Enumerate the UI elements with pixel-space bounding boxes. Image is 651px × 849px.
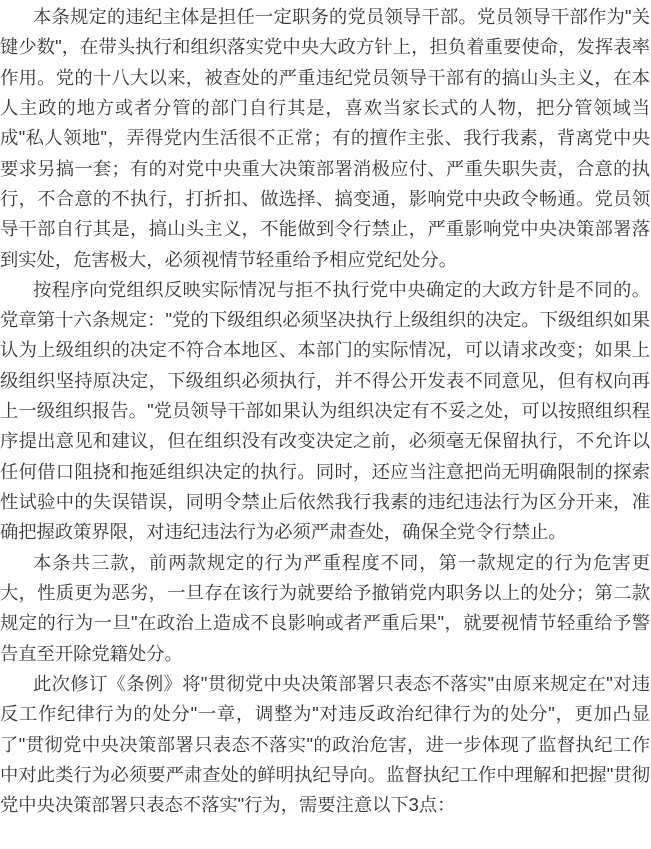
paragraph-reporting-vs-refusal: 按程序向党组织反映实际情况与拒不执行党中央确定的大政方针是不同的。党章第十六条规… <box>0 275 650 548</box>
paragraph-revision-notes: 此次修订《条例》将"贯彻党中央决策部署只表态不落实"由原来规定在"对违反工作纪律… <box>0 669 650 821</box>
paragraph-three-clauses: 本条共三款，前两款规定的行为严重程度不同，第一款规定的行为危害更大，性质更为恶劣… <box>0 548 650 669</box>
article-page: 本条规定的违纪主体是担任一定职务的党员领导干部。党员领导干部作为"关键少数"，在… <box>0 0 651 849</box>
paragraph-violation-subject: 本条规定的违纪主体是担任一定职务的党员领导干部。党员领导干部作为"关键少数"，在… <box>0 2 650 275</box>
